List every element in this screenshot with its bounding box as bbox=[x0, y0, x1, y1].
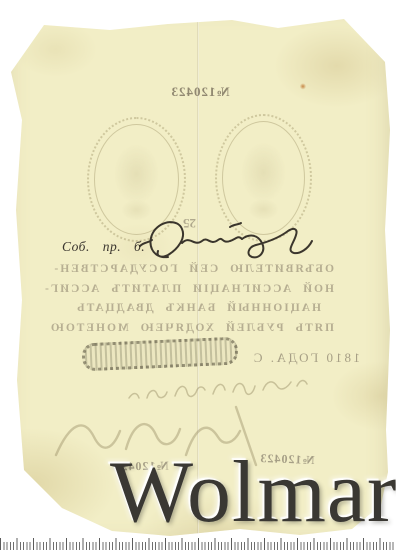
signature-caption: Соб. пр. б. bbox=[62, 239, 145, 255]
photo-scene: №120423 25 Соб. пр. б. ОБЪЯВИТЕЛЮ СЕЙ ГО… bbox=[0, 0, 396, 550]
wolmar-watermark: Wolmar bbox=[110, 449, 396, 537]
official-signature bbox=[138, 213, 316, 265]
measuring-ruler bbox=[0, 537, 396, 550]
showthrough-line: ОБЪЯВИТЕЛЮ СЕЙ ГОСУДАРСТВЕН- bbox=[62, 260, 334, 280]
date-showthrough: 1810 ГОДА. С bbox=[238, 350, 360, 366]
showthrough-text: ОБЪЯВИТЕЛЮ СЕЙ ГОСУДАРСТВЕН- НОЙ АССИГНА… bbox=[62, 260, 334, 338]
showthrough-line: НАЦIОННЫЙ БАНКЪ ДВАДЦАТЬ bbox=[62, 299, 334, 319]
serial-stamp-top: №120423 bbox=[150, 84, 250, 100]
showthrough-line: ПЯТЬ РУБЛЕЙ ХОДЯЧЕЮ МОНЕТОЮ bbox=[62, 319, 334, 339]
showthrough-line: НОЙ АССИГНАЦIИ ПЛАТИТЪ АССИГ- bbox=[62, 280, 334, 300]
